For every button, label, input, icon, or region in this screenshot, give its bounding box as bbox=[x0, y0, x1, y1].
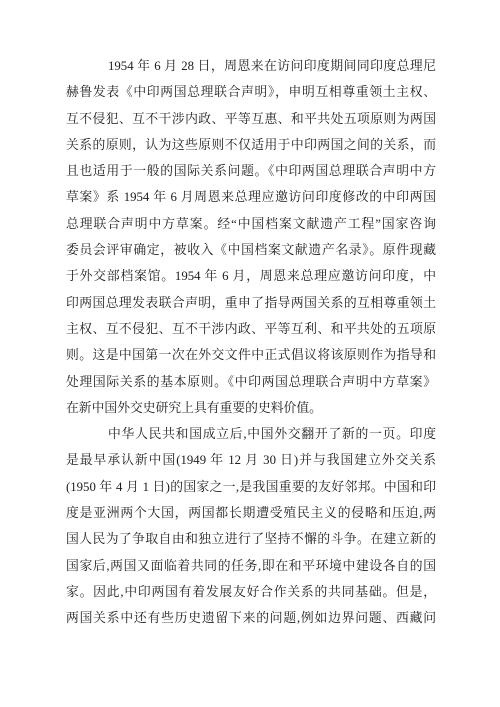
text-line: 关系的原则，认为这些原则不仅适用于中印两国之间的关系，而 bbox=[66, 132, 436, 158]
text-line: 委员会评审确定，被收入《中国档案文献遗产名录》。原件现藏 bbox=[66, 237, 436, 263]
text-line: 国家后,两国又面临着共同的任务,即在和平环境中建设各自的国 bbox=[66, 553, 436, 579]
document-page: 1954 年 6 月 28 日，周恩来在访问印度期间同印度总理尼赫鲁发表《中印两… bbox=[0, 0, 500, 707]
text-line: 中华人民共和国成立后,中国外交翻开了新的一页。印度 bbox=[66, 421, 436, 447]
text-line: 印两国总理发表联合声明，重申了指导两国关系的互相尊重领土 bbox=[66, 290, 436, 316]
text-line: 且也适用于一般的国际关系问题。《中印两国总理联合声明中方 bbox=[66, 158, 436, 184]
paragraph: 1954 年 6 月 28 日，周恩来在访问印度期间同印度总理尼赫鲁发表《中印两… bbox=[66, 53, 436, 421]
text-line: 1954 年 6 月 28 日，周恩来在访问印度期间同印度总理尼 bbox=[66, 53, 436, 79]
text-line: 是最早承认新中国(1949 年 12 月 30 日)并与我国建立外交关系 bbox=[66, 447, 436, 473]
text-line: 处理国际关系的基本原则。《中印两国总理联合声明中方草案》 bbox=[66, 369, 436, 395]
text-line: 于外交部档案馆。1954 年 6 月，周恩来总理应邀访问印度，中 bbox=[66, 263, 436, 289]
text-line: 家。因此,中印两国有着发展友好合作关系的共同基础。但是， bbox=[66, 579, 436, 605]
text-line: 草案》系 1954 年 6 月周恩来总理应邀访问印度修改的中印两国 bbox=[66, 184, 436, 210]
text-line: 总理联合声明中方草案。经“中国档案文献遗产工程”国家咨询 bbox=[66, 211, 436, 237]
text-line: 在新中国外交史研究上具有重要的史料价值。 bbox=[66, 395, 436, 421]
paragraph: 中华人民共和国成立后,中国外交翻开了新的一页。印度是最早承认新中国(1949 年… bbox=[66, 421, 436, 631]
text-line: 赫鲁发表《中印两国总理联合声明》，申明互相尊重领土主权、 bbox=[66, 79, 436, 105]
text-line: 度是亚洲两个大国，两国都长期遭受殖民主义的侵略和压迫,两 bbox=[66, 500, 436, 526]
text-line: 两国关系中还有些历史遗留下来的问题,例如边界问题、西藏问 bbox=[66, 605, 436, 631]
text-line: 互不侵犯、互不干涉内政、平等互惠、和平共处五项原则为两国 bbox=[66, 106, 436, 132]
text-line: (1950 年 4 月 1 日)的国家之一,是我国重要的友好邻邦。中国和印 bbox=[66, 474, 436, 500]
text-line: 则。这是中国第一次在外交文件中正式倡议将该原则作为指导和 bbox=[66, 342, 436, 368]
text-line: 主权、互不侵犯、互不干涉内政、平等互利、和平共处的五项原 bbox=[66, 316, 436, 342]
document-body: 1954 年 6 月 28 日，周恩来在访问印度期间同印度总理尼赫鲁发表《中印两… bbox=[66, 53, 436, 632]
text-line: 国人民为了争取自由和独立进行了坚持不懈的斗争。在建立新的 bbox=[66, 526, 436, 552]
